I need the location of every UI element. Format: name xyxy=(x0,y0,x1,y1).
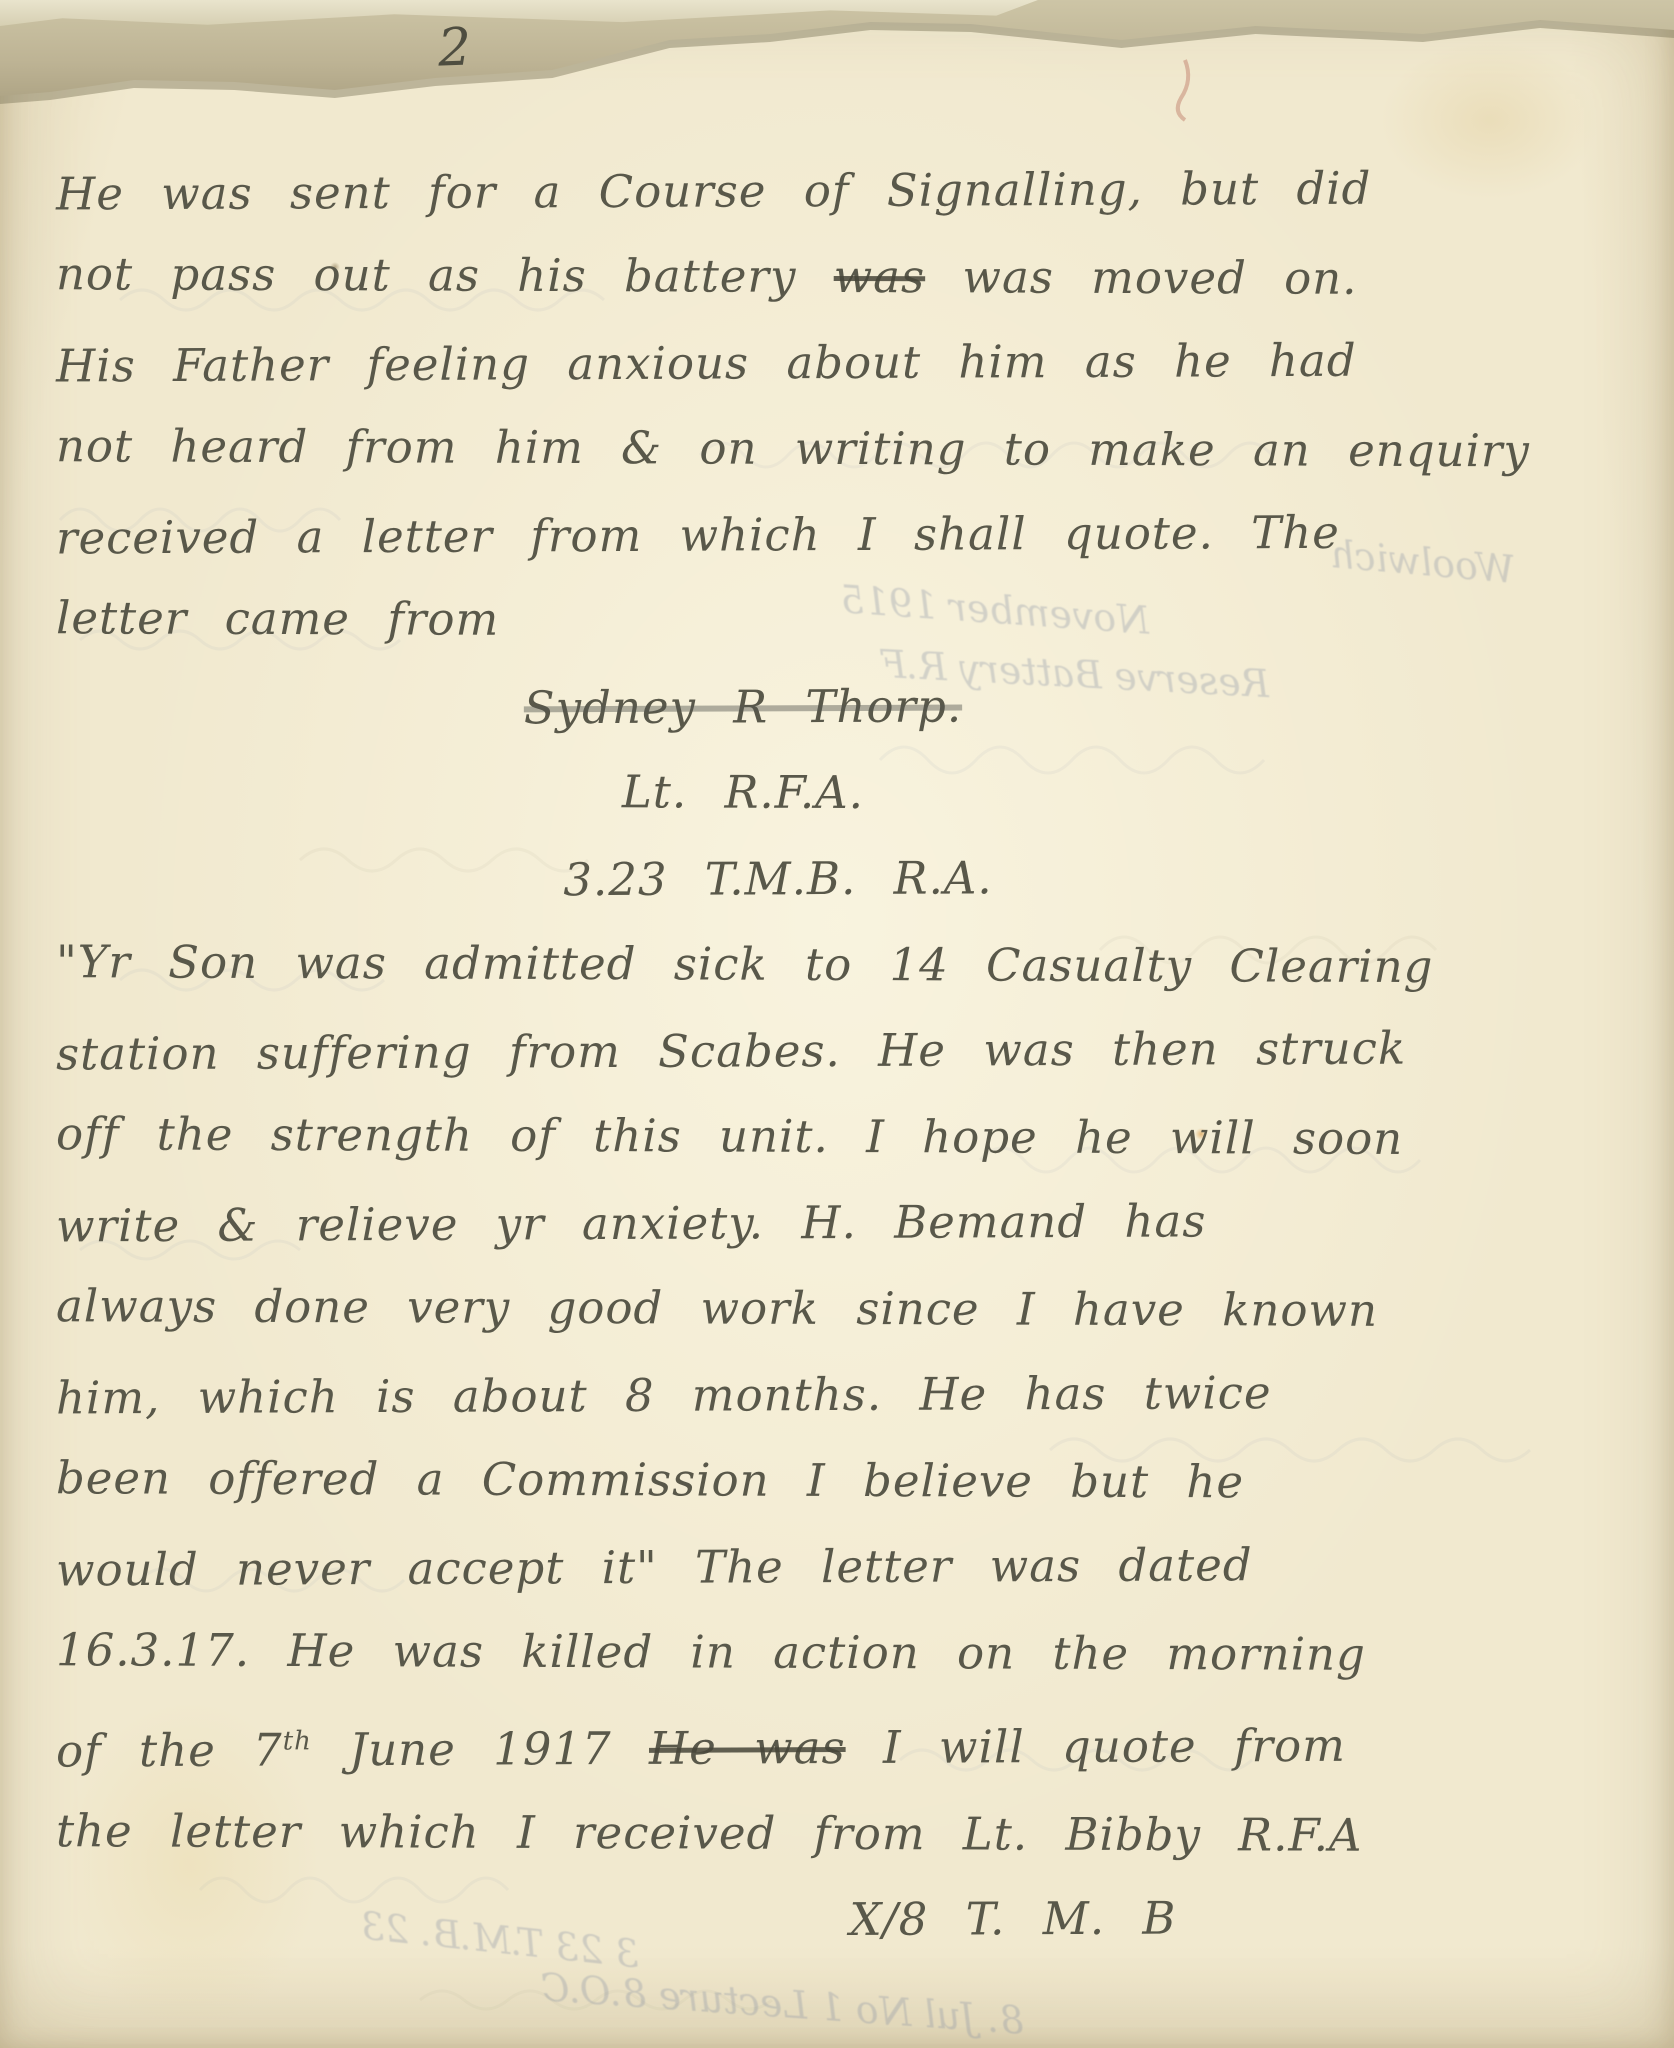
handwritten-line: received a letter from which I shall quo… xyxy=(56,489,1640,582)
handwritten-text: 16.3.17. He was killed in action on the … xyxy=(56,1623,1366,1681)
handwritten-line: letter came from xyxy=(56,575,1640,667)
handwritten-text: him, which is about 8 months. He has twi… xyxy=(56,1366,1272,1424)
handwritten-text: His Father feeling anxious about him as … xyxy=(56,334,1357,393)
handwritten-text: X/8 T. M. B xyxy=(849,1892,1176,1946)
handwritten-text: of the 7 xyxy=(56,1723,283,1777)
handwritten-line: always done very good work since I have … xyxy=(56,1263,1640,1355)
handwritten-text: station suffering from Scabes. He was th… xyxy=(56,1022,1406,1081)
handwritten-text: He was sent for a Course of Signalling, … xyxy=(56,162,1372,221)
handwritten-line: write & relieve yr anxiety. H. Bemand ha… xyxy=(56,1177,1640,1270)
handwriting-block: He was sent for a Course of Signalling, … xyxy=(56,148,1640,1963)
handwritten-text: "Yr Son was admitted sick to 14 Casualty… xyxy=(56,935,1434,993)
handwritten-line: would never accept it" The letter was da… xyxy=(56,1521,1640,1614)
handwritten-text: the letter which I received from Lt. Bib… xyxy=(56,1804,1363,1862)
handwritten-text: June 1917 xyxy=(312,1722,649,1776)
handwritten-text: not heard from him & on writing to make … xyxy=(56,419,1530,477)
handwritten-text: was moved on. xyxy=(925,250,1358,305)
handwritten-line: "Yr Son was admitted sick to 14 Casualty… xyxy=(56,919,1640,1011)
handwritten-text: off the strength of this unit. I hope he… xyxy=(56,1107,1403,1165)
handwritten-text: received a letter from which I shall quo… xyxy=(56,506,1340,565)
handwritten-line: 3.23 T.M.B. R.A. xyxy=(56,833,1640,926)
handwritten-text: not pass out as his battery xyxy=(56,247,834,303)
handwritten-text: Sydney R Thorp. xyxy=(524,680,963,735)
handwritten-line: the letter which I received from Lt. Bib… xyxy=(56,1788,1640,1880)
handwritten-text: would never accept it" The letter was da… xyxy=(56,1538,1253,1596)
handwritten-text: 3.23 T.M.B. R.A. xyxy=(563,851,992,906)
handwritten-line: station suffering from Scabes. He was th… xyxy=(56,1005,1640,1098)
handwritten-line: Lt. R.F.A. xyxy=(56,747,1640,839)
handwritten-line: Sydney R Thorp. xyxy=(56,661,1640,754)
handwritten-line: off the strength of this unit. I hope he… xyxy=(56,1091,1640,1183)
handwritten-line: 16.3.17. He was killed in action on the … xyxy=(56,1607,1640,1699)
struck-out-word: was xyxy=(834,250,926,303)
handwritten-text: letter came from xyxy=(56,591,499,646)
handwritten-text: I will quote from xyxy=(845,1719,1345,1774)
handwritten-line: of the 7th June 1917 He was I will quote… xyxy=(56,1693,1640,1795)
handwritten-line: been offered a Commission I believe but … xyxy=(56,1435,1640,1527)
struck-out-word: He was xyxy=(649,1721,846,1775)
page-number: 2 xyxy=(437,17,472,78)
handwritten-text: Lt. R.F.A. xyxy=(622,765,864,819)
handwritten-line: X/8 T. M. B xyxy=(56,1874,1640,1967)
handwritten-text: been offered a Commission I believe but … xyxy=(56,1451,1244,1508)
handwritten-text: th xyxy=(283,1726,312,1756)
handwritten-text: write & relieve yr anxiety. H. Bemand ha… xyxy=(56,1194,1207,1252)
handwritten-line: He was sent for a Course of Signalling, … xyxy=(56,145,1640,238)
handwritten-line: not heard from him & on writing to make … xyxy=(56,403,1640,495)
handwritten-text: always done very good work since I have … xyxy=(56,1279,1378,1337)
handwritten-line: not pass out as his battery was was move… xyxy=(56,231,1640,323)
handwritten-line: him, which is about 8 months. He has twi… xyxy=(56,1349,1640,1442)
handwritten-line: His Father feeling anxious about him as … xyxy=(56,317,1640,410)
